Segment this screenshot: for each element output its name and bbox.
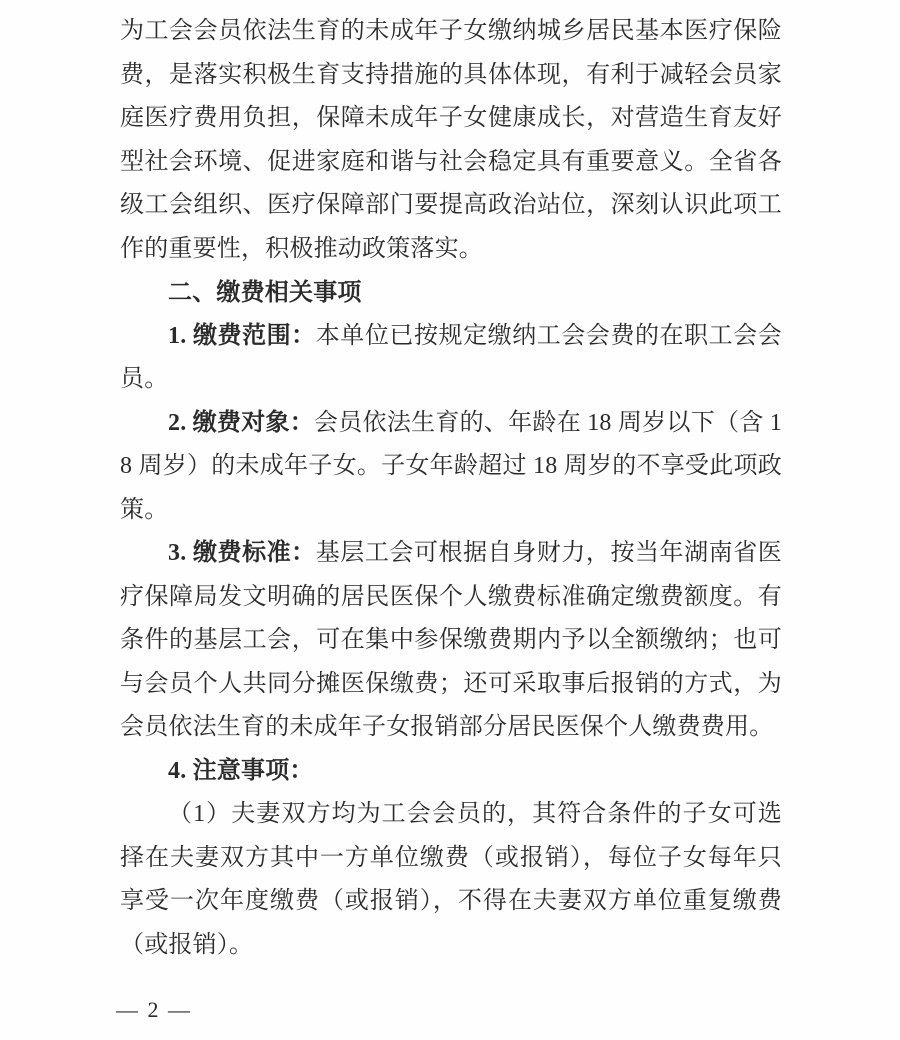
numbered-item-3-text: 基层工会可根据自身财力，按当年湖南省医疗保障局发文明确的居民医保个人缴费标准确定… — [120, 540, 782, 740]
document-page: 为工会会员依法生育的未成年子女缴纳城乡居民基本医疗保险费，是落实积极生育支持措施… — [120, 10, 782, 967]
numbered-item-1-label: 1. 缴费范围： — [168, 323, 316, 349]
numbered-item-3: 3. 缴费标准：基层工会可根据自身财力，按当年湖南省医疗保障局发文明确的居民医保… — [120, 532, 782, 750]
numbered-item-2-label: 2. 缴费对象： — [168, 410, 314, 436]
page-number: — 2 — — [116, 997, 192, 1023]
numbered-item-3-label: 3. 缴费标准： — [168, 540, 316, 566]
numbered-item-2: 2. 缴费对象：会员依法生育的、年龄在 18 周岁以下（含 18 周岁）的未成年… — [120, 402, 782, 533]
paragraph-subitem-1: （1）夫妻双方均为工会会员的，其符合条件的子女可选择在夫妻双方其中一方单位缴费（… — [120, 793, 782, 967]
paragraph-continuation: 为工会会员依法生育的未成年子女缴纳城乡居民基本医疗保险费，是落实积极生育支持措施… — [120, 10, 782, 271]
numbered-item-1: 1. 缴费范围：本单位已按规定缴纳工会会费的在职工会会员。 — [120, 315, 782, 402]
numbered-item-4: 4. 注意事项： — [120, 750, 782, 794]
section-heading: 二、缴费相关事项 — [120, 271, 782, 315]
numbered-item-4-label: 4. 注意事项： — [168, 758, 314, 784]
